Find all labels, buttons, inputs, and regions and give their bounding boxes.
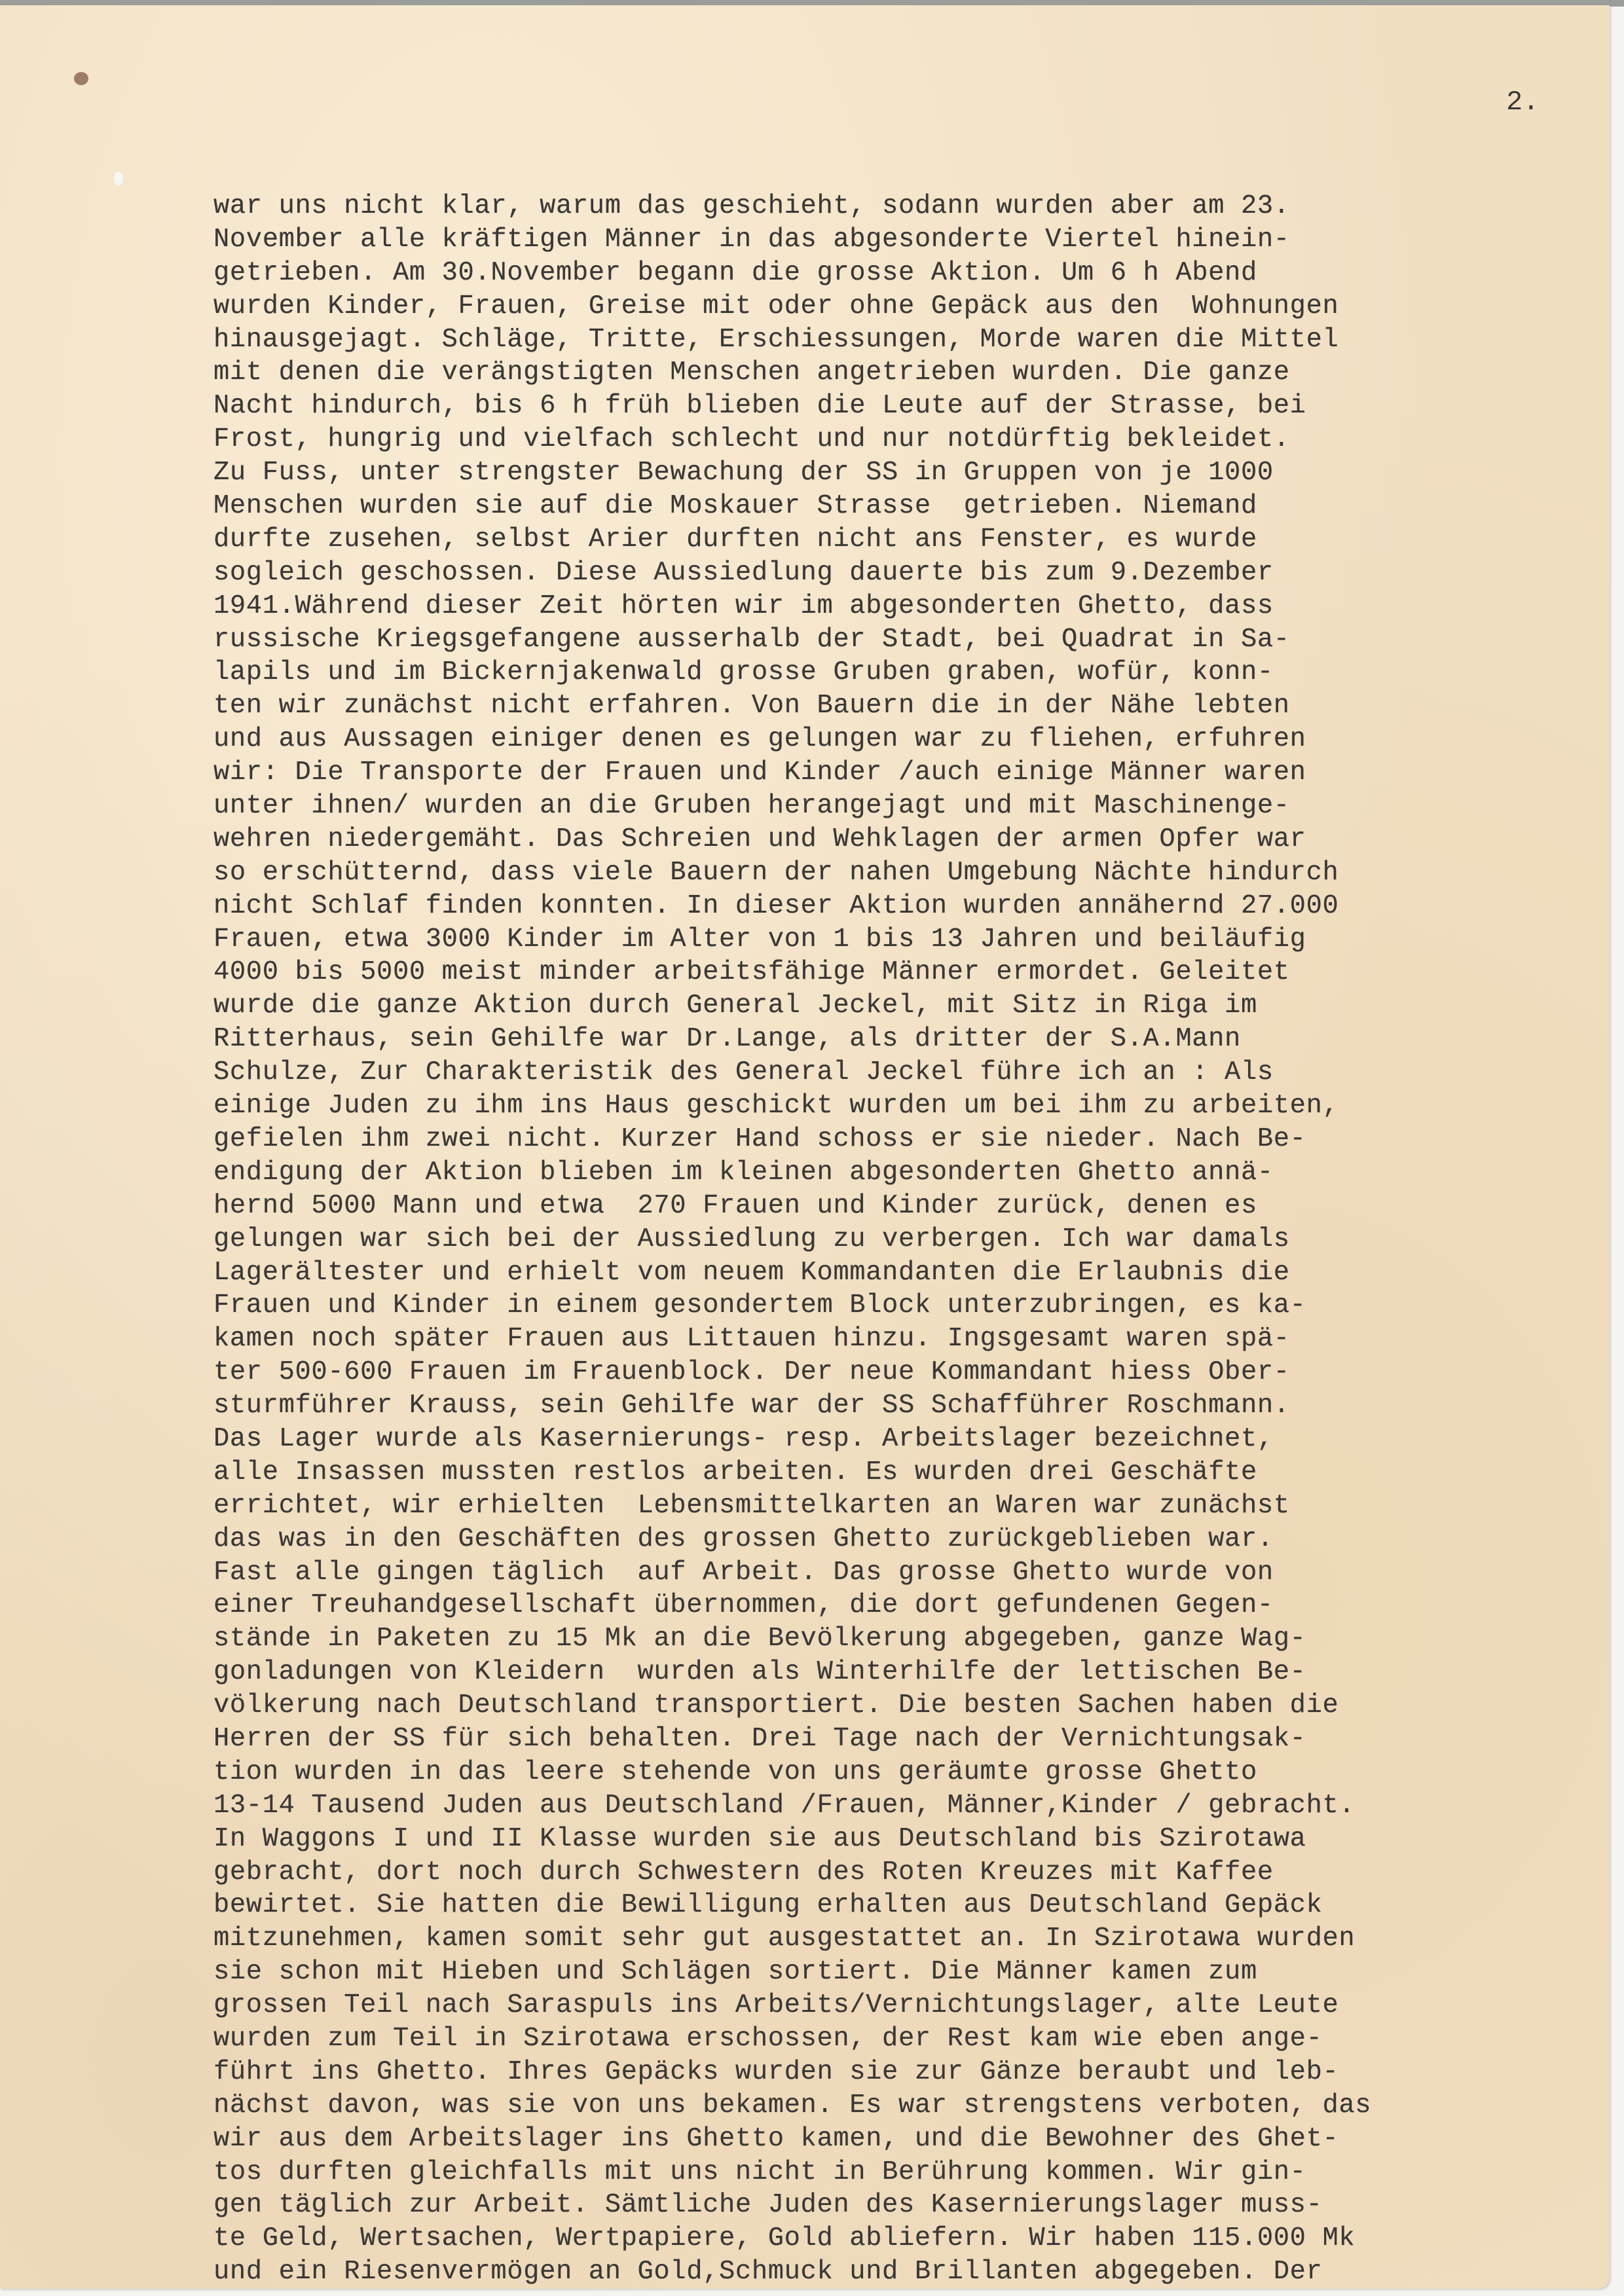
text-line: Zu Fuss, unter strengster Bewachung der … bbox=[213, 456, 1615, 490]
text-line: te Geld, Wertsachen, Wertpapiere, Gold a… bbox=[213, 2222, 1615, 2255]
text-line: war uns nicht klar, warum das geschieht,… bbox=[213, 190, 1615, 223]
text-line: wurden zum Teil in Szirotawa erschossen,… bbox=[213, 2022, 1615, 2056]
text-line: gefielen ihm zwei nicht. Kurzer Hand sch… bbox=[213, 1123, 1615, 1156]
text-line: Schulze, Zur Charakteristik des General … bbox=[213, 1056, 1615, 1089]
text-line: mitzunehmen, kamen somit sehr gut ausges… bbox=[213, 1922, 1615, 1956]
text-line: russische Kriegsgefangene ausserhalb der… bbox=[213, 623, 1615, 657]
text-line: Nacht hindurch, bis 6 h früh blieben die… bbox=[213, 390, 1615, 423]
text-line: hernd 5000 Mann und etwa 270 Frauen und … bbox=[213, 1190, 1615, 1223]
text-line: Fast alle gingen täglich auf Arbeit. Das… bbox=[213, 1556, 1615, 1590]
text-line: In Waggons I und II Klasse wurden sie au… bbox=[213, 1823, 1615, 1856]
text-line: nächst davon, was sie von uns bekamen. E… bbox=[213, 2089, 1615, 2123]
text-line: 1941.Während dieser Zeit hörten wir im a… bbox=[213, 590, 1615, 623]
text-line: 4000 bis 5000 meist minder arbeitsfähige… bbox=[213, 956, 1615, 989]
text-line: wir: Die Transporte der Frauen und Kinde… bbox=[213, 756, 1615, 790]
text-line: gebracht, dort noch durch Schwestern des… bbox=[213, 1856, 1615, 1889]
text-line: stände in Paketen zu 15 Mk an die Bevölk… bbox=[213, 1622, 1615, 1656]
text-line: 13-14 Tausend Juden aus Deutschland /Fra… bbox=[213, 1789, 1615, 1823]
text-line: einige Juden zu ihm ins Haus geschickt w… bbox=[213, 1089, 1615, 1123]
text-line: Ritterhaus, sein Gehilfe war Dr.Lange, a… bbox=[213, 1023, 1615, 1056]
typewritten-text-body: war uns nicht klar, warum das geschieht,… bbox=[213, 190, 1615, 2289]
text-line: tion wurden in das leere stehende von un… bbox=[213, 1756, 1615, 1789]
text-line: sie schon mit Hieben und Schlägen sortie… bbox=[213, 1956, 1615, 1989]
text-line: Herren der SS für sich behalten. Drei Ta… bbox=[213, 1722, 1615, 1756]
text-line: ten wir zunächst nicht erfahren. Von Bau… bbox=[213, 689, 1615, 723]
text-line: nicht Schlaf finden konnten. In dieser A… bbox=[213, 890, 1615, 923]
punch-hole bbox=[114, 172, 123, 186]
text-line: das was in den Geschäften des grossen Gh… bbox=[213, 1523, 1615, 1556]
text-line: und aus Aussagen einiger denen es gelung… bbox=[213, 723, 1615, 756]
text-line: unter ihnen/ wurden an die Gruben herang… bbox=[213, 790, 1615, 823]
text-line: errichtet, wir erhielten Lebensmittelkar… bbox=[213, 1489, 1615, 1523]
page-number: 2. bbox=[1506, 86, 1539, 118]
text-line: führt ins Ghetto. Ihres Gepäcks wurden s… bbox=[213, 2056, 1615, 2089]
text-line: lapils und im Bickernjakenwald grosse Gr… bbox=[213, 656, 1615, 689]
text-line: Frauen, etwa 3000 Kinder im Alter von 1 … bbox=[213, 923, 1615, 957]
text-line: wurde die ganze Aktion durch General Jec… bbox=[213, 989, 1615, 1023]
text-line: November alle kräftigen Männer in das ab… bbox=[213, 223, 1615, 257]
text-line: gen täglich zur Arbeit. Sämtliche Juden … bbox=[213, 2189, 1615, 2222]
text-line: alle Insassen mussten restlos arbeiten. … bbox=[213, 1456, 1615, 1489]
text-line: bewirtet. Sie hatten die Bewilligung erh… bbox=[213, 1889, 1615, 1922]
text-line: so erschütternd, dass viele Bauern der n… bbox=[213, 856, 1615, 890]
text-line: Lagerältester und erhielt vom neuem Komm… bbox=[213, 1256, 1615, 1290]
text-line: gelungen war sich bei der Aussiedlung zu… bbox=[213, 1223, 1615, 1256]
text-line: grossen Teil nach Saraspuls ins Arbeits/… bbox=[213, 1989, 1615, 2022]
text-line: Das Lager wurde als Kasernierungs- resp.… bbox=[213, 1423, 1615, 1456]
text-line: Frost, hungrig und vielfach schlecht und… bbox=[213, 423, 1615, 456]
text-line: Menschen wurden sie auf die Moskauer Str… bbox=[213, 490, 1615, 523]
text-line: einer Treuhandgesellschaft übernommen, d… bbox=[213, 1589, 1615, 1622]
text-line: mit denen die verängstigten Menschen ang… bbox=[213, 356, 1615, 390]
text-line: sturmführer Krauss, sein Gehilfe war der… bbox=[213, 1389, 1615, 1423]
text-line: völkerung nach Deutschland transportiert… bbox=[213, 1689, 1615, 1722]
text-line: wir aus dem Arbeitslager ins Ghetto kame… bbox=[213, 2123, 1615, 2156]
ink-stain bbox=[74, 72, 88, 85]
text-line: getrieben. Am 30.November begann die gro… bbox=[213, 257, 1615, 290]
text-line: hinausgejagt. Schläge, Tritte, Erschiess… bbox=[213, 323, 1615, 357]
text-line: und ein Riesenvermögen an Gold,Schmuck u… bbox=[213, 2255, 1615, 2289]
text-line: endigung der Aktion blieben im kleinen a… bbox=[213, 1156, 1615, 1190]
text-line: sogleich geschossen. Diese Aussiedlung d… bbox=[213, 556, 1615, 590]
text-line: tos durften gleichfalls mit uns nicht in… bbox=[213, 2156, 1615, 2189]
text-line: kamen noch später Frauen aus Littauen hi… bbox=[213, 1322, 1615, 1356]
text-line: gonladungen von Kleidern wurden als Wint… bbox=[213, 1656, 1615, 1689]
text-line: wurden Kinder, Frauen, Greise mit oder o… bbox=[213, 290, 1615, 323]
text-line: durfte zusehen, selbst Arier durften nic… bbox=[213, 523, 1615, 556]
text-line: ter 500-600 Frauen im Frauenblock. Der n… bbox=[213, 1356, 1615, 1389]
text-line: wehren niedergemäht. Das Schreien und We… bbox=[213, 823, 1615, 856]
text-line: Frauen und Kinder in einem gesondertem B… bbox=[213, 1289, 1615, 1322]
